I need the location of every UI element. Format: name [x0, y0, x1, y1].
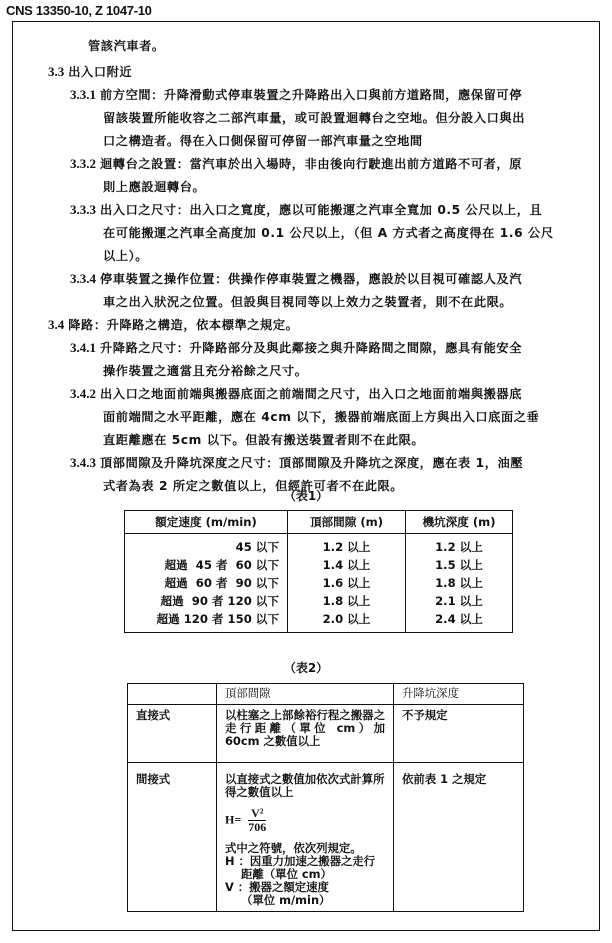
table2-row-label-indirect: 間接式: [128, 763, 217, 912]
section-3-3-1-line1: 3.3.1前方空間：升降滑動式停車裝置之升降路出入口與前方道路間，應保留可停: [70, 86, 522, 103]
section-number: 3.4.1: [70, 340, 96, 356]
section-number: 3.4.2: [70, 386, 96, 402]
section-3-3-2-line1: 3.3.2迴轉台之設置：當汽車於出入場時，非由後向行駛進出前方道路不可者，原: [70, 155, 522, 172]
table1-cell-speed: 超過 120 者 150 以下: [125, 610, 288, 633]
table1-cell-clearance: 1.8 以上: [288, 592, 406, 610]
section-number: 3.3.3: [70, 202, 96, 218]
table2-header-pit-depth: 升降坑深度: [394, 684, 524, 705]
table1-cell-pit-depth: 2.4 以上: [406, 610, 513, 633]
line-text: 留該裝置所能收容之二部汽車量，或可設置迴轉台之空地。但分設入口與出: [103, 111, 525, 125]
table1-cell-pit-depth: 1.5 以上: [406, 556, 513, 574]
section-3-3-3-line1: 3.3.3出入口之尺寸：出入口之寬度，應以可能搬運之汽車全寬加 0.5 公尺以上…: [70, 201, 542, 218]
line-text: 降路：升降路之構造，依本標準之規定。: [68, 318, 298, 332]
table2-header-row: 頂部間隙 升降坑深度: [128, 684, 524, 705]
section-3-4-1-line2: 操作裝置之適當且充分裕餘之尺寸。: [103, 362, 308, 379]
formula-fraction: V² 706: [248, 807, 266, 834]
line-text: 口之構造者。得在入口側保留可停留一部汽車量之空地間: [103, 134, 423, 148]
line-text: 則上應設迴轉台。: [103, 180, 205, 194]
table-row: 45 以下 1.2 以上 1.2 以上: [125, 534, 513, 557]
formula-lhs: H=: [225, 812, 241, 826]
table2-header-blank: [128, 684, 217, 705]
line-text: 前方空間：升降滑動式停車裝置之升降路出入口與前方道路間，應保留可停: [100, 88, 522, 102]
section-3-3-heading: 3.3出入口附近: [48, 63, 132, 80]
table-row: 直接式 以柱塞之上部餘裕行程之搬器之走行距離（單位 cm）加 60cm 之數值以…: [128, 705, 524, 763]
line-text: 停車裝置之操作位置：供操作停車裝置之機器，應設於以目視可確認人及汽: [100, 272, 522, 286]
table-row: 超過 45 者 60 以下 1.4 以上 1.5 以上: [125, 556, 513, 574]
line-text: 迴轉台之設置：當汽車於出入場時，非由後向行駛進出前方道路不可者，原: [100, 157, 522, 171]
section-3-4-heading: 3.4降路：升降路之構造，依本標準之規定。: [48, 316, 298, 333]
table-row: 超過 120 者 150 以下 2.0 以上 2.4 以上: [125, 610, 513, 633]
table1-header-pit-depth: 機坑深度 (m): [406, 511, 513, 534]
line-text: 車之出入狀況之位置。但設與目視同等以上效力之裝置者，則不在此限。: [103, 295, 512, 309]
table1-header-clearance: 頂部間隙 (m): [288, 511, 406, 534]
table1-cell-pit-depth: 1.2 以上: [406, 534, 513, 557]
section-3-3-3-line3: 以上）。: [103, 247, 148, 264]
table1-cell-speed: 超過 45 者 60 以下: [125, 556, 288, 574]
line-text: 升降路之尺寸：升降路部分及與此鄰接之與升降路間之間隙，應具有能安全: [100, 341, 522, 355]
table1: 額定速度 (m/min) 頂部間隙 (m) 機坑深度 (m) 45 以下 1.2…: [124, 510, 513, 633]
table1-cell-clearance: 2.0 以上: [288, 610, 406, 633]
table1-header-speed: 額定速度 (m/min): [125, 511, 288, 534]
table1-cell-clearance: 1.6 以上: [288, 574, 406, 592]
section-3-3-1-line3: 口之構造者。得在入口側保留可停留一部汽車量之空地間: [103, 132, 423, 149]
document-code-header: CNS 13350-10, Z 1047-10: [6, 3, 152, 18]
table1-cell-speed: 超過 60 者 90 以下: [125, 574, 288, 592]
table-row: 超過 60 者 90 以下 1.6 以上 1.8 以上: [125, 574, 513, 592]
section-number: 3.4: [48, 317, 64, 333]
table2-row-label-direct: 直接式: [128, 705, 217, 763]
line-text: 出入口之尺寸：出入口之寬度，應以可能搬運之汽車全寬加 0.5 公尺以上，且: [100, 203, 542, 217]
formula-denominator: 706: [248, 821, 266, 834]
line-text: 操作裝置之適當且充分裕餘之尺寸。: [103, 364, 308, 378]
table2-caption: （表2）: [0, 659, 612, 676]
table1-header-row: 額定速度 (m/min) 頂部間隙 (m) 機坑深度 (m): [125, 511, 513, 534]
table2-header-clearance: 頂部間隙: [217, 684, 394, 705]
table-row: 間接式 以直接式之數值加依次式計算所得之數值以上 H= V² 706 式中之符號…: [128, 763, 524, 912]
table1-caption: （表1）: [0, 487, 612, 504]
table2-cell-indirect-clearance: 以直接式之數值加依次式計算所得之數值以上 H= V² 706 式中之符號，依次列…: [217, 763, 394, 912]
section-number: 3.3.1: [70, 87, 96, 103]
formula: H= V² 706: [225, 807, 385, 834]
table1-cell-pit-depth: 2.1 以上: [406, 592, 513, 610]
section-3-3-4-line2: 車之出入狀況之位置。但設與目視同等以上效力之裝置者，則不在此限。: [103, 293, 512, 310]
section-3-4-3-line1: 3.4.3頂部間隙及升降坑深度之尺寸：頂部間隙及升降坑之深度，應在表 1，油壓: [70, 454, 523, 471]
line-text: 管該汽車者。: [88, 39, 165, 53]
section-3-3-3-line2: 在可能搬運之汽車全高度加 0.1 公尺以上，（但 A 方式者之高度得在 1.6 …: [103, 224, 554, 241]
section-number: 3.3: [48, 64, 64, 80]
formula-numerator: V²: [248, 807, 266, 821]
section-3-4-2-line2: 面前端間之水平距離，應在 4cm 以下，搬器前端底面上方與出入口底面之垂: [103, 408, 539, 425]
table1-cell-clearance: 1.4 以上: [288, 556, 406, 574]
table1-cell-speed: 45 以下: [125, 534, 288, 557]
line-text: 在可能搬運之汽車全高度加 0.1 公尺以上，（但 A 方式者之高度得在 1.6 …: [103, 226, 554, 240]
section-3-3-1-line2: 留該裝置所能收容之二部汽車量，或可設置迴轉台之空地。但分設入口與出: [103, 109, 525, 126]
continuation-line: 管該汽車者。: [88, 37, 165, 54]
line-text: 出入口之地面前端與搬器底面之前端間之尺寸，出入口之地面前端與搬器底: [100, 387, 522, 401]
section-3-3-4-line1: 3.3.4停車裝置之操作位置：供操作停車裝置之機器，應設於以目視可確認人及汽: [70, 270, 522, 287]
section-3-4-2-line1: 3.4.2出入口之地面前端與搬器底面之前端間之尺寸，出入口之地面前端與搬器底: [70, 385, 522, 402]
table1-cell-pit-depth: 1.8 以上: [406, 574, 513, 592]
section-number: 3.3.4: [70, 271, 96, 287]
table2-cell-indirect-pit: 依前表 1 之規定: [394, 763, 524, 912]
table2-cell-direct-pit: 不予規定: [394, 705, 524, 763]
line-text: 面前端間之水平距離，應在 4cm 以下，搬器前端底面上方與出入口底面之垂: [103, 410, 539, 424]
table1-cell-speed: 超過 90 者 120 以下: [125, 592, 288, 610]
line-text: 出入口附近: [68, 65, 132, 79]
section-number: 3.3.2: [70, 156, 96, 172]
indirect-clearance-intro: 以直接式之數值加依次式計算所得之數值以上: [225, 773, 385, 799]
line-text: 直距離應在 5cm 以下。但設有搬送裝置者則不在此限。: [103, 433, 424, 447]
table1-cell-clearance: 1.2 以上: [288, 534, 406, 557]
section-number: 3.4.3: [70, 455, 96, 471]
section-3-3-2-line2: 則上應設迴轉台。: [103, 178, 205, 195]
section-3-4-2-line3: 直距離應在 5cm 以下。但設有搬送裝置者則不在此限。: [103, 431, 424, 448]
table2: 頂部間隙 升降坑深度 直接式 以柱塞之上部餘裕行程之搬器之走行距離（單位 cm）…: [127, 683, 524, 912]
table-row: 超過 90 者 120 以下 1.8 以上 2.1 以上: [125, 592, 513, 610]
line-text: 頂部間隙及升降坑深度之尺寸：頂部間隙及升降坑之深度，應在表 1，油壓: [100, 456, 523, 470]
section-3-4-1-line1: 3.4.1升降路之尺寸：升降路部分及與此鄰接之與升降路間之間隙，應具有能安全: [70, 339, 522, 356]
line-text: 以上）。: [103, 249, 148, 263]
v-definition-cont: （單位 m/min）: [225, 894, 385, 907]
table2-cell-direct-clearance: 以柱塞之上部餘裕行程之搬器之走行距離（單位 cm）加 60cm 之數值以上: [217, 705, 394, 763]
